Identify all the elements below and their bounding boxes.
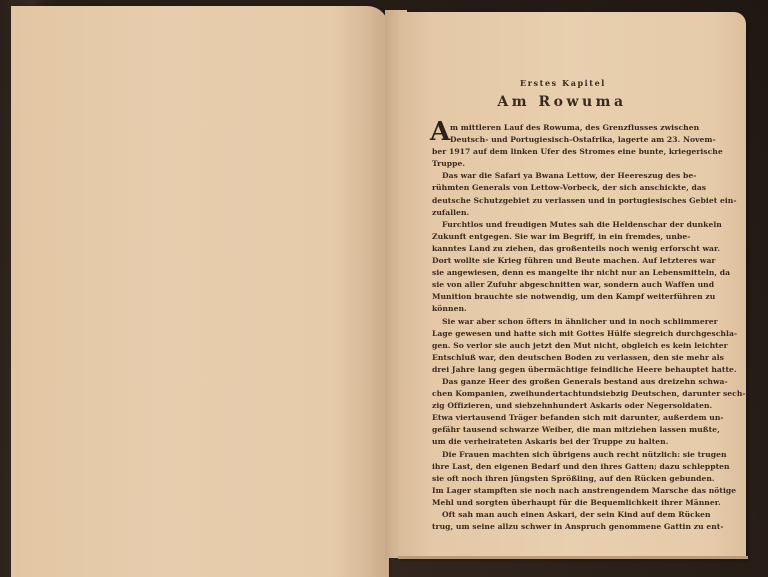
- text-line: ihre Last, den eigenen Bedarf und den ih…: [432, 461, 682, 473]
- text-line: gen. So verlor sie auch jetzt den Mut ni…: [432, 340, 682, 352]
- dropcap-region: A m mittleren Lauf des Rowuma, des Grenz…: [432, 122, 682, 146]
- drop-cap-letter: A: [430, 120, 450, 144]
- text-line: zufallen.: [432, 207, 682, 219]
- chapter-label: Erstes Kapitel: [432, 78, 682, 88]
- chapter-text-block: Erstes Kapitel Am Rowuma A m mittleren L…: [432, 78, 682, 533]
- photo-scene: Erstes Kapitel Am Rowuma A m mittleren L…: [0, 0, 768, 577]
- page-block-edge: [398, 556, 748, 559]
- text-line: chen Kompanien, zweihundertachtundsiebzi…: [432, 388, 682, 400]
- text-line: kanntes Land zu ziehen, das großenteils …: [432, 243, 682, 255]
- text-line: trug, um seine allzu schwer in Anspruch …: [432, 521, 682, 533]
- text-line: um die verheirateten Askaris bei der Tru…: [432, 436, 682, 448]
- text-line: Deutsch- und Portugiesisch-Ostafrika, la…: [450, 134, 682, 146]
- text-line: gefähr tausend schwarze Weiber, die man …: [432, 424, 682, 436]
- paragraph-5: Das ganze Heer des großen Generals besta…: [432, 376, 682, 449]
- paragraph-6: Die Frauen machten sich übrigens auch re…: [432, 449, 682, 509]
- left-page-blank: [11, 6, 389, 577]
- text-line: sie oft noch ihren jüngsten Sprößling, a…: [432, 473, 682, 485]
- paragraph-1: A m mittleren Lauf des Rowuma, des Grenz…: [432, 122, 682, 170]
- text-line: m mittleren Lauf des Rowuma, des Grenzfl…: [450, 122, 682, 134]
- text-line: Oft sah man auch einen Askari, der sein …: [432, 509, 682, 521]
- text-line: Dort wollte sie Krieg führen und Beute m…: [432, 255, 682, 267]
- text-line: sie von aller Zufuhr abgeschnitten war, …: [432, 279, 682, 291]
- text-line: Die Frauen machten sich übrigens auch re…: [432, 449, 682, 461]
- paragraph-4: Sie war aber schon öfters in ähnlicher u…: [432, 316, 682, 376]
- text-line: Mehl und sorgten überhaupt für die Beque…: [432, 497, 682, 509]
- text-line: zig Offizieren, und siebzehnhundert Aska…: [432, 400, 682, 412]
- text-line: Munition brauchte sie notwendig, um den …: [432, 291, 682, 303]
- text-line: Das ganze Heer des großen Generals besta…: [432, 376, 682, 388]
- text-line: Das war die Safari ya Bwana Lettow, der …: [432, 170, 682, 182]
- text-line: Sie war aber schon öfters in ähnlicher u…: [432, 316, 682, 328]
- paragraph-2: Das war die Safari ya Bwana Lettow, der …: [432, 170, 682, 218]
- text-line: können.: [432, 303, 682, 315]
- paragraph-3: Furchtlos und freudigen Mutes sah die He…: [432, 219, 682, 316]
- text-line: Im Lager stampften sie noch nach anstren…: [432, 485, 682, 497]
- paragraph-7: Oft sah man auch einen Askari, der sein …: [432, 509, 682, 533]
- text-line: Etwa viertausend Träger befanden sich mi…: [432, 412, 682, 424]
- text-line: ber 1917 auf dem linken Ufer des Stromes…: [432, 146, 682, 158]
- text-line: sie angewiesen, denn es mangelte ihr nic…: [432, 267, 682, 279]
- text-line: Lage gewesen und hatte sich mit Gottes H…: [432, 328, 682, 340]
- chapter-title: Am Rowuma: [432, 94, 682, 110]
- text-line: Furchtlos und freudigen Mutes sah die He…: [432, 219, 682, 231]
- text-line: Truppe.: [432, 158, 682, 170]
- text-line: Entschluß war, den deutschen Boden zu ve…: [432, 352, 682, 364]
- text-line: deutsche Schutzgebiet zu verlassen und i…: [432, 195, 682, 207]
- text-line: Zukunft entgegen. Sie war im Begriff, in…: [432, 231, 682, 243]
- text-line: drei Jahre lang gegen übermächtige feind…: [432, 364, 682, 376]
- text-line: rühmten Generals von Lettow-Vorbeck, der…: [432, 182, 682, 194]
